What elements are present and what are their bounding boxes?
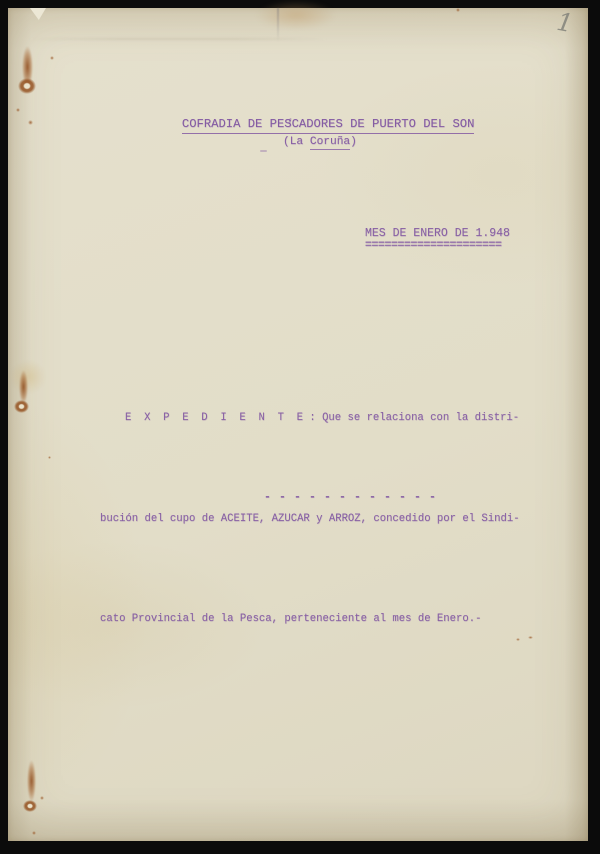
document-title-text: COFRADIA DE PESCADORES DE PUERTO DEL SON: [182, 117, 475, 134]
rust-stain-top-left: [22, 46, 33, 88]
crease-line-top: [277, 8, 279, 42]
paragraph-line-1: E X P E D I E N T E : Que se relaciona c…: [100, 402, 545, 436]
rust-dot: [48, 456, 51, 459]
rust-dot: [32, 831, 36, 835]
rust-dot: [16, 108, 20, 112]
scanned-document: 1 COFRADIA DE PESCADORES DE PUERTO DEL S…: [0, 0, 600, 854]
rust-stain-bottom-left: [27, 760, 36, 802]
tan-stain-top-center: [256, 0, 336, 30]
date-heading-block: MES DE ENERO DE 1.948 ==================…: [365, 227, 510, 252]
crease-line-upper: [28, 38, 328, 40]
paper-sheet: 1 COFRADIA DE PESCADORES DE PUERTO DEL S…: [8, 8, 588, 841]
date-underline: =====================: [365, 239, 510, 252]
subtitle-place-name: Coruña: [310, 136, 350, 150]
rust-dot: [456, 8, 460, 12]
rust-dot: [50, 56, 54, 60]
rust-stain-mid-left: [19, 370, 28, 404]
rust-dot: [28, 120, 33, 125]
rust-blob-bottom-left: [23, 800, 37, 812]
stray-ink-mark: [260, 150, 267, 152]
rust-blob-mid-left: [14, 400, 29, 413]
rust-blob-top-left: [18, 78, 36, 94]
document-subtitle: (La Coruña): [283, 136, 357, 148]
paragraph-line-3: cato Provincial de la Pesca, pertenecien…: [100, 603, 545, 637]
handwritten-page-number: 1: [555, 7, 576, 38]
subtitle-prefix: (La: [283, 136, 310, 148]
subtitle-suffix: ): [350, 136, 357, 148]
stain-halo-mid-left: [10, 360, 46, 394]
torn-notch: [30, 8, 46, 20]
separator-dashes: - - - - - - - - - - - -: [264, 491, 437, 504]
expediente-paragraph: E X P E D I E N T E : Que se relaciona c…: [100, 335, 545, 704]
rust-dot: [40, 796, 44, 800]
paragraph-line-2: bución del cupo de ACEITE, AZUCAR y ARRO…: [100, 503, 545, 537]
